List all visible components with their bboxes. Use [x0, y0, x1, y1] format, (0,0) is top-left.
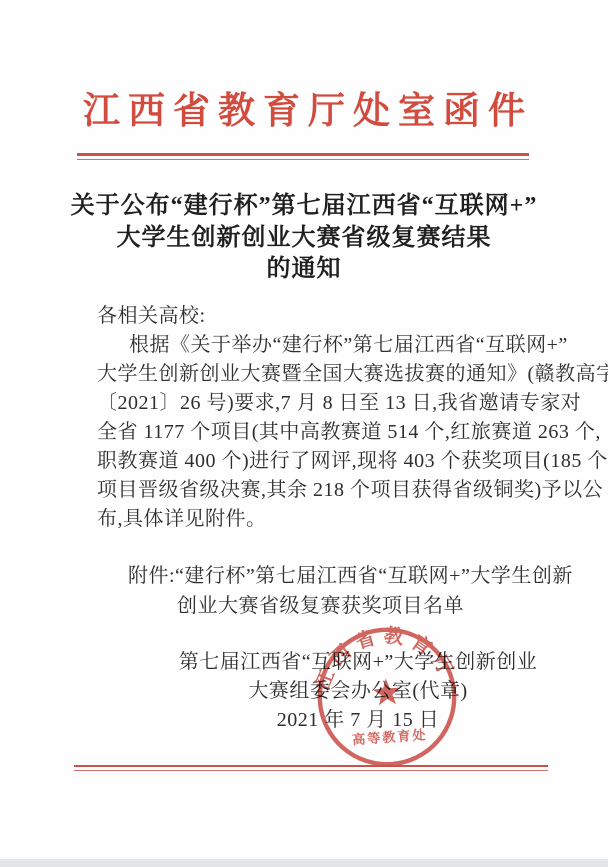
title-line-2: 大学生创新创业大赛省级复赛结果 [0, 223, 608, 255]
body-line: 根据《关于举办“建行杯”第七届江西省“互联网+” [97, 331, 549, 360]
title-line-3: 的通知 [0, 254, 608, 286]
date-line: 2021 年 7 月 15 日 [148, 706, 568, 735]
scanned-document-page: 江西省教育厅处室函件 关于公布“建行杯”第七届江西省“互联网+” 大学生创新创业… [0, 0, 608, 867]
body-line: 项目晋级省级决赛,其余 218 个项目获得省级铜奖)予以公 [97, 476, 549, 505]
scan-edge-shadow [0, 859, 608, 867]
salutation-line: 各相关高校: [97, 302, 549, 331]
attachment-line-2: 创业大赛省级复赛获奖项目名单 [128, 592, 573, 622]
attachment-line-1: 附件:“建行杯”第七届江西省“互联网+”大学生创新 [128, 562, 573, 592]
header-divider-rule [77, 153, 529, 160]
document-title: 关于公布“建行杯”第七届江西省“互联网+” 大学生创新创业大赛省级复赛结果 的通… [0, 191, 608, 286]
body-line: 全省 1177 个项目(其中高教赛道 514 个,红旅赛道 263 个, [97, 418, 549, 447]
body-line: 职教赛道 400 个)进行了网评,现将 403 个获奖项目(185 个 [97, 447, 549, 476]
body-line: 〔2021〕26 号)要求,7 月 8 日至 13 日,我省邀请专家对 [97, 389, 549, 418]
signature-block: 第七届江西省“互联网+”大学生创新创业 大赛组委会办公室(代章) 2021 年 … [148, 648, 568, 735]
title-line-1: 关于公布“建行杯”第七届江西省“互联网+” [0, 191, 608, 223]
body-line: 布,具体详见附件。 [97, 505, 549, 534]
body-text: 各相关高校: 根据《关于举办“建行杯”第七届江西省“互联网+” 大学生创新创业大… [97, 302, 549, 534]
body-line: 大学生创新创业大赛暨全国大赛选拔赛的通知》(赣教高字 [97, 360, 549, 389]
signature-line-2: 大赛组委会办公室(代章) [148, 677, 568, 706]
letterhead-title: 江西省教育厅处室函件 [0, 80, 608, 134]
footer-divider-rule [74, 765, 548, 771]
signature-line-1: 第七届江西省“互联网+”大学生创新创业 [148, 648, 568, 677]
attachment-note: 附件:“建行杯”第七届江西省“互联网+”大学生创新 创业大赛省级复赛获奖项目名单 [128, 562, 573, 621]
